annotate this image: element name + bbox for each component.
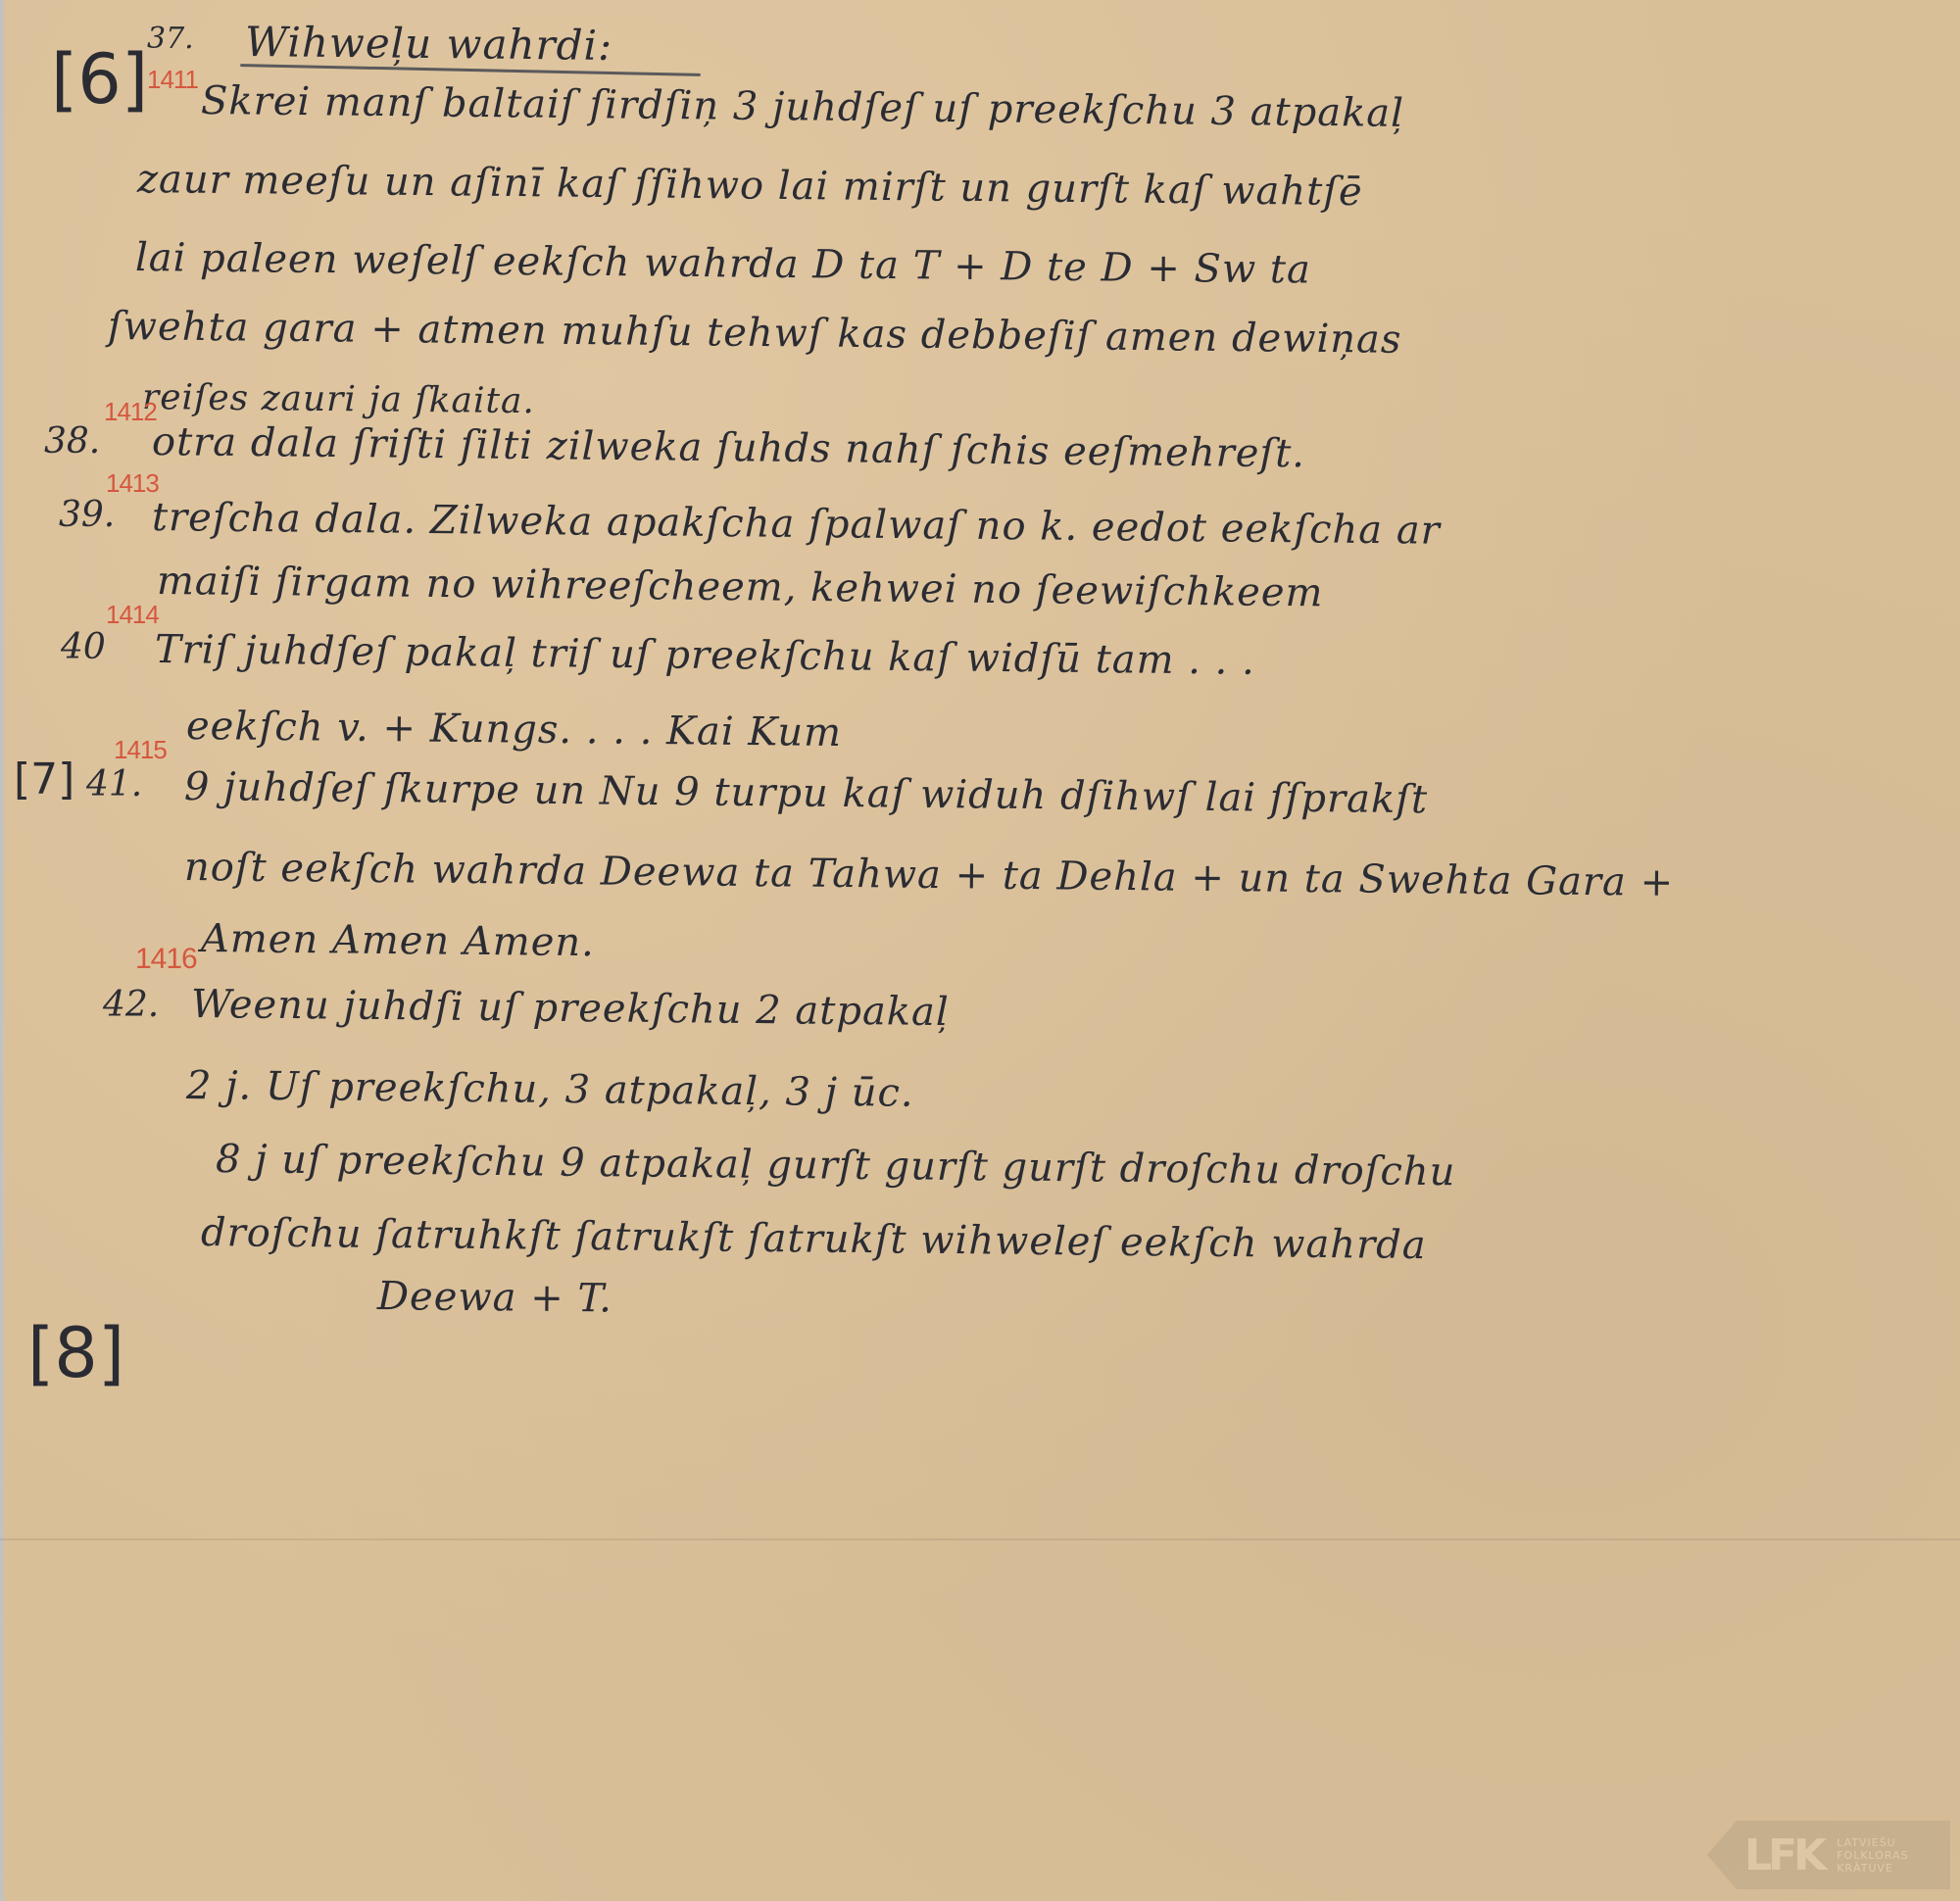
entry-42-line-3: 8 j uſ preekſchu 9 atpakaļ gurſt gurſt g… — [216, 1137, 1456, 1194]
watermark-line-1: LATVIEŠU — [1837, 1836, 1908, 1849]
archive-id-1414: 1414 — [106, 600, 159, 630]
page-marker-6: [6] — [51, 39, 148, 120]
watermark-line-3: KRĀTUVE — [1837, 1862, 1908, 1875]
manuscript-page: [6] 37. 1411 Wihweļu wahrdi: Skrei manſ … — [0, 0, 1960, 1901]
entry-number-39: 39. — [59, 495, 115, 535]
entry-number-41: 41. — [86, 764, 142, 804]
watermark-line-2: FOLKLORAS — [1837, 1849, 1908, 1862]
entry-number-37: 37. — [147, 22, 194, 56]
paper-edge — [0, 0, 6, 1901]
entry-42-line-1: Weenu juhdſi uſ preekſchu 2 atpakaļ — [191, 982, 950, 1035]
entry-38-line-1: otra dala ſriſti ſilti zilweka ſuhds nah… — [152, 419, 1305, 476]
entry-42-line-5: Deewa + T. — [377, 1274, 612, 1322]
archive-watermark: LFK LATVIEŠU FOLKLORAS KRĀTUVE — [1707, 1821, 1950, 1889]
entry-41-line-1: 9 juhdſeſ ſkurpe un Nu 9 turpu kaſ widuh… — [184, 764, 1429, 822]
entry-42-line-4: droſchu ſatruhkſt ſatrukſt ſatrukſt wihw… — [201, 1210, 1427, 1268]
entry-37-line-5: reiſes zauri ja ſkaita. — [142, 377, 535, 421]
entry-42-line-2: 2 j. Uſ preekſchu, 3 atpakaļ, 3 j ūc. — [186, 1063, 914, 1116]
entry-number-40: 40 — [61, 627, 106, 667]
entry-title-37: Wihweļu wahrdi: — [245, 18, 613, 70]
archive-id-1411: 1411 — [147, 65, 198, 95]
entry-40-line-2: eekſch v. + Kungs. . . . Kai Kum — [186, 704, 843, 756]
paper-fold-line — [0, 1538, 1960, 1540]
entry-39-line-1: treſcha dala. Zilweka apakſcha ſpalwaſ n… — [152, 495, 1441, 554]
entry-37-line-1: Skrei manſ baltaiſ ſirdſiņ 3 juhdſeſ uſ … — [201, 78, 1404, 136]
entry-39-line-2: maiſi ſirgam no wihreeſcheem, kehwei no … — [157, 559, 1324, 615]
entry-40-line-1: Triſ juhdſeſ pakaļ triſ uſ preekſchu kaſ… — [155, 627, 1255, 684]
archive-id-1415: 1415 — [114, 735, 167, 765]
entry-number-38: 38. — [44, 421, 100, 462]
entry-37-line-2: zaur meeſu un aſinī kaſ ſſihwo lai mirſt… — [137, 157, 1363, 215]
page-marker-7: [7] — [14, 755, 74, 804]
lfk-logo-icon: LFK — [1744, 1830, 1823, 1880]
archive-id-1416: 1416 — [135, 943, 197, 976]
watermark-text: LATVIEŠU FOLKLORAS KRĀTUVE — [1837, 1836, 1908, 1875]
archive-id-1412: 1412 — [104, 397, 157, 427]
entry-41-line-3: Amen Amen Amen. — [201, 916, 595, 965]
page-marker-8: [8] — [27, 1313, 124, 1393]
entry-41-line-2: noſt eekſch wahrda Deewa ta Tahwa + ta D… — [184, 845, 1675, 905]
entry-number-42: 42. — [103, 985, 159, 1025]
entry-37-line-3: lai paleen weſelſ eekſch wahrda D ta T +… — [135, 235, 1311, 293]
entry-37-line-4: ſwehta gara + atmen muhſu tehwſ kas debb… — [108, 304, 1402, 363]
